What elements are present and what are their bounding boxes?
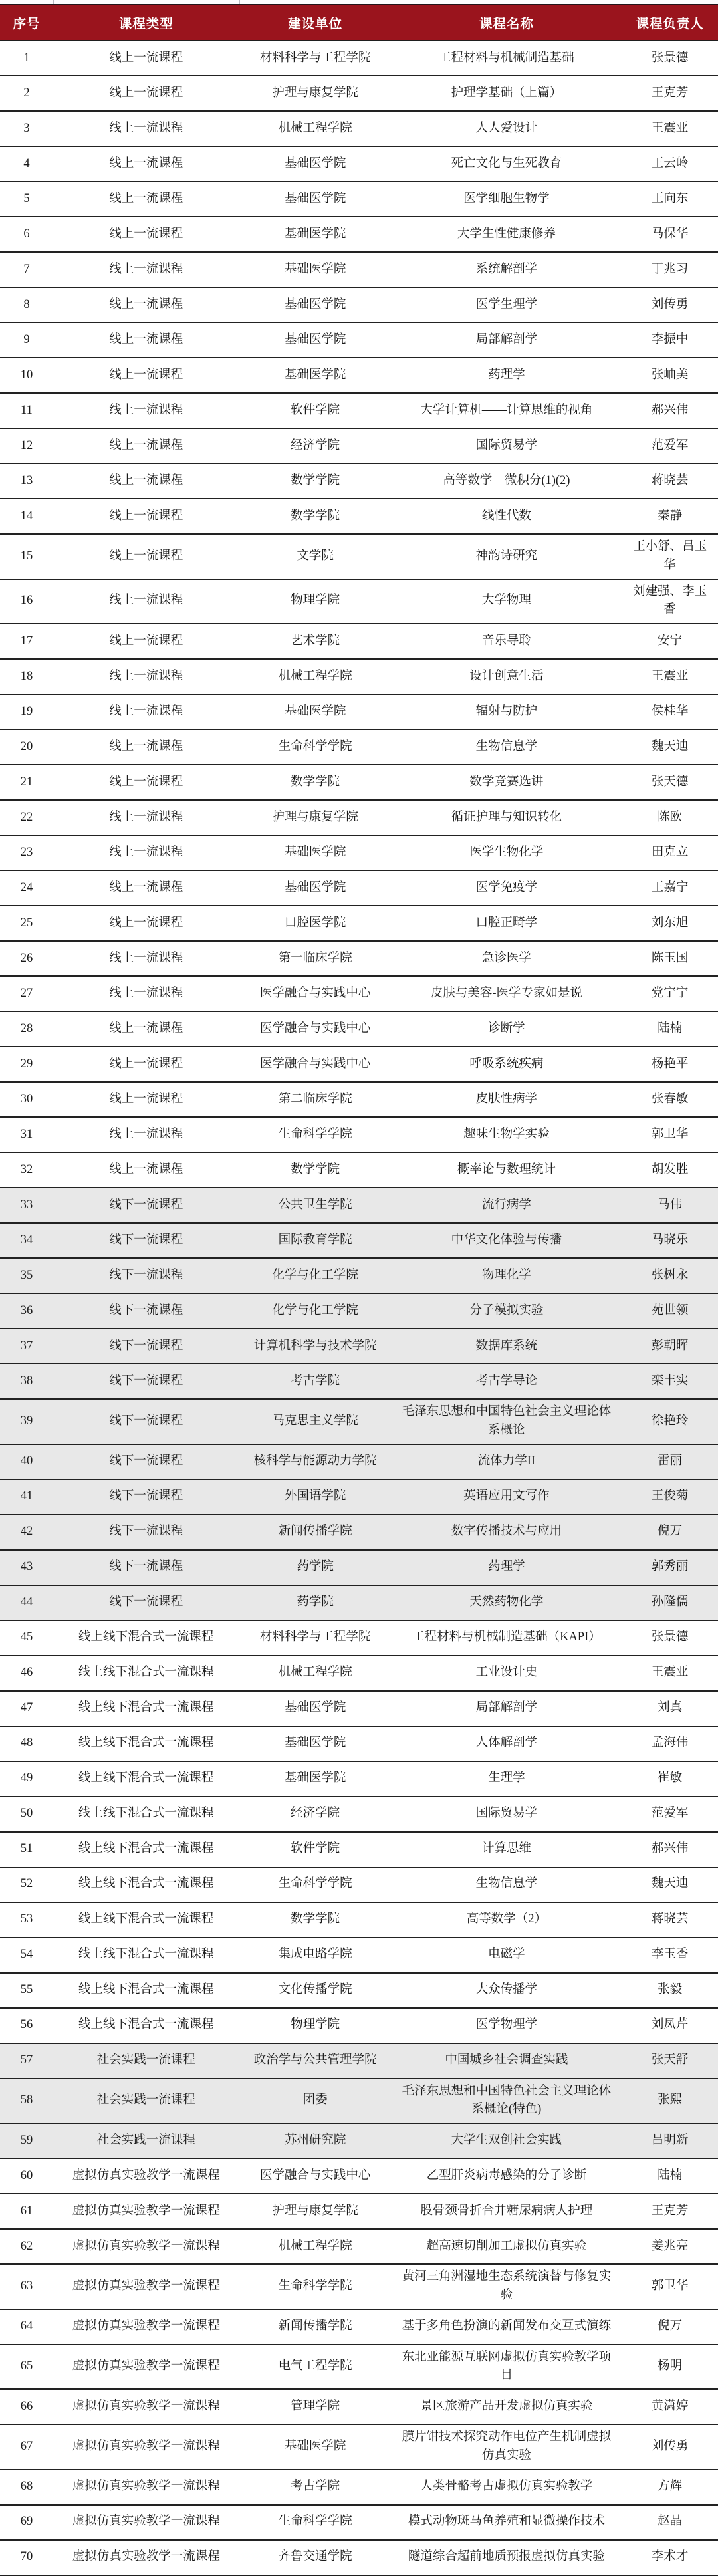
cell-course-name: 神韵诗研究	[392, 535, 622, 579]
cell-course-type: 线下一流课程	[53, 1515, 239, 1549]
cell-unit: 数学学院	[239, 499, 392, 533]
cell-leader: 刘东旭	[622, 906, 718, 940]
table-row: 63 虚拟仿真实验教学一流课程 生命科学学院 黄河三角洲湿地生态系统演替与修复实…	[0, 2263, 718, 2309]
cell-course-type: 线下一流课程	[53, 1551, 239, 1585]
cell-course-type: 线上线下混合式一流课程	[53, 1656, 239, 1690]
cell-course-name: 线性代数	[392, 499, 622, 533]
cell-index: 13	[0, 464, 53, 498]
cell-course-type: 线上一流课程	[53, 323, 239, 357]
cell-index: 61	[0, 2194, 53, 2228]
cell-course-name: 死亡文化与生死教育	[392, 147, 622, 181]
cell-course-name: 英语应用文写作	[392, 1480, 622, 1514]
cell-leader: 郭卫华	[622, 1118, 718, 1152]
cell-unit: 经济学院	[239, 1797, 392, 1831]
cell-leader: 马保华	[622, 217, 718, 251]
cell-course-type: 线上一流课程	[53, 76, 239, 110]
cell-course-type: 线下一流课程	[53, 1224, 239, 1257]
cell-index: 9	[0, 323, 53, 357]
table-row: 24 线上一流课程 基础医学院 医学免疫学 王嘉宁	[0, 870, 718, 905]
cell-unit: 基础医学院	[239, 2425, 392, 2469]
cell-course-name: 皮肤性病学	[392, 1083, 622, 1116]
cell-index: 3	[0, 112, 53, 146]
cell-index: 40	[0, 1445, 53, 1479]
cell-leader: 王小舒、吕玉华	[622, 535, 718, 579]
table-row: 64 虚拟仿真实验教学一流课程 新闻传播学院 基于多角色扮演的新闻发布交互式演练…	[0, 2309, 718, 2344]
table-row: 16 线上一流课程 物理学院 大学物理 刘建强、李玉香	[0, 579, 718, 624]
cell-course-type: 线上一流课程	[53, 394, 239, 428]
table-row: 22 线上一流课程 护理与康复学院 循证护理与知识转化 陈欧	[0, 799, 718, 835]
cell-leader: 王震亚	[622, 1656, 718, 1690]
cell-course-type: 线上一流课程	[53, 1118, 239, 1152]
table-row: 49 线上线下混合式一流课程 基础医学院 生理学 崔敏	[0, 1761, 718, 1796]
cell-leader: 郭卫华	[622, 2265, 718, 2309]
cell-unit: 基础医学院	[239, 182, 392, 216]
cell-course-name: 电磁学	[392, 1938, 622, 1972]
table-header-row: 序号 课程类型 建设单位 课程名称 课程负责人	[0, 4, 718, 41]
cell-index: 55	[0, 1974, 53, 2007]
cell-unit: 文化传播学院	[239, 1974, 392, 2007]
cell-index: 46	[0, 1656, 53, 1690]
header-cell-course-name: 课程名称	[392, 13, 622, 32]
cell-course-type: 线上一流课程	[53, 730, 239, 764]
cell-unit: 电气工程学院	[239, 2345, 392, 2389]
cell-course-name: 数字传播技术与应用	[392, 1515, 622, 1549]
cell-index: 2	[0, 76, 53, 110]
cell-index: 37	[0, 1329, 53, 1363]
table-row: 13 线上一流课程 数学学院 高等数学—微积分(1)(2) 蒋晓芸	[0, 463, 718, 498]
cell-index: 14	[0, 499, 53, 533]
cell-course-type: 社会实践一流课程	[53, 2124, 239, 2158]
table-row: 7 线上一流课程 基础医学院 系统解剖学 丁兆习	[0, 251, 718, 287]
cell-course-type: 线上一流课程	[53, 660, 239, 694]
column-divider	[392, 0, 392, 4]
cell-course-type: 虚拟仿真实验教学一流课程	[53, 2265, 239, 2309]
cell-course-type: 线上一流课程	[53, 801, 239, 835]
table-row: 20 线上一流课程 生命科学学院 生物信息学 魏天迪	[0, 729, 718, 764]
cell-course-name: 天然药物化学	[392, 1586, 622, 1620]
cell-course-type: 线上一流课程	[53, 288, 239, 322]
cell-course-type: 线上一流课程	[53, 217, 239, 251]
cell-unit: 医学融合与实践中心	[239, 2159, 392, 2193]
cell-course-type: 虚拟仿真实验教学一流课程	[53, 2506, 239, 2539]
cell-course-name: 隧道综合超前地质预报虚拟仿真实验	[392, 2541, 622, 2575]
header-cell-unit: 建设单位	[239, 13, 392, 32]
cell-leader: 崔敏	[622, 1762, 718, 1796]
table-row: 55 线上线下混合式一流课程 文化传播学院 大众传播学 张毅	[0, 1972, 718, 2007]
cell-course-type: 线下一流课程	[53, 1400, 239, 1444]
cell-course-name: 设计创意生活	[392, 660, 622, 694]
cell-course-type: 虚拟仿真实验教学一流课程	[53, 2425, 239, 2469]
cell-unit: 软件学院	[239, 1833, 392, 1867]
table-row: 33 线下一流课程 公共卫生学院 流行病学 马伟	[0, 1187, 718, 1222]
cell-index: 60	[0, 2159, 53, 2193]
cell-course-name: 流行病学	[392, 1188, 622, 1222]
cell-leader: 彭朝晖	[622, 1329, 718, 1363]
cell-unit: 生命科学学院	[239, 730, 392, 764]
cell-course-type: 线下一流课程	[53, 1364, 239, 1398]
cell-leader: 丁兆习	[622, 253, 718, 287]
cell-leader: 蒋晓芸	[622, 464, 718, 498]
table-row: 68 虚拟仿真实验教学一流课程 考古学院 人类骨骼考古虚拟仿真实验教学 方辉	[0, 2469, 718, 2504]
cell-course-name: 大学生双创社会实践	[392, 2124, 622, 2158]
cell-course-name: 景区旅游产品开发虚拟仿真实验	[392, 2390, 622, 2424]
cell-index: 1	[0, 41, 53, 75]
cell-unit: 医学融合与实践中心	[239, 977, 392, 1011]
cell-leader: 王向东	[622, 182, 718, 216]
cell-index: 54	[0, 1938, 53, 1972]
cell-course-name: 趣味生物学实验	[392, 1118, 622, 1152]
cell-unit: 机械工程学院	[239, 1656, 392, 1690]
cell-index: 59	[0, 2124, 53, 2158]
cell-course-name: 国际贸易学	[392, 429, 622, 463]
cell-leader: 郝兴伟	[622, 1833, 718, 1867]
table-row: 1 线上一流课程 材料科学与工程学院 工程材料与机械制造基础 张景德	[0, 41, 718, 75]
table-row: 40 线下一流课程 核科学与能源动力学院 流体力学II 雷丽	[0, 1444, 718, 1479]
cell-leader: 王俊菊	[622, 1480, 718, 1514]
table-row: 58 社会实践一流课程 团委 毛泽东思想和中国特色社会主义理论体系概论(特色) …	[0, 2078, 718, 2123]
cell-leader: 刘传勇	[622, 2425, 718, 2469]
cell-course-name: 人类骨骼考古虚拟仿真实验教学	[392, 2470, 622, 2504]
cell-index: 67	[0, 2425, 53, 2469]
cell-index: 36	[0, 1294, 53, 1328]
cell-unit: 护理与康复学院	[239, 2194, 392, 2228]
cell-unit: 齐鲁交通学院	[239, 2541, 392, 2575]
cell-unit: 数学学院	[239, 1153, 392, 1187]
cell-leader: 陆楠	[622, 2159, 718, 2193]
cell-course-name: 黄河三角洲湿地生态系统演替与修复实验	[392, 2265, 622, 2309]
cell-course-name: 毛泽东思想和中国特色社会主义理论体系概论	[392, 1400, 622, 1444]
cell-index: 19	[0, 695, 53, 729]
table-row: 21 线上一流课程 数学学院 数学竞赛选讲 张天德	[0, 764, 718, 799]
cell-unit: 管理学院	[239, 2390, 392, 2424]
cell-course-type: 线上一流课程	[53, 695, 239, 729]
cell-unit: 材料科学与工程学院	[239, 41, 392, 75]
cell-unit: 文学院	[239, 535, 392, 579]
cell-index: 41	[0, 1480, 53, 1514]
cell-leader: 倪万	[622, 2310, 718, 2344]
cell-index: 15	[0, 535, 53, 579]
cell-index: 22	[0, 801, 53, 835]
cell-leader: 张岫美	[622, 358, 718, 392]
cell-unit: 机械工程学院	[239, 2230, 392, 2263]
cell-leader: 王克芳	[622, 2194, 718, 2228]
cell-leader: 张天舒	[622, 2044, 718, 2078]
cell-unit: 基础医学院	[239, 217, 392, 251]
cell-course-name: 计算思维	[392, 1833, 622, 1867]
table-row: 53 线上线下混合式一流课程 数学学院 高等数学（2） 蒋晓芸	[0, 1902, 718, 1937]
cell-index: 34	[0, 1224, 53, 1257]
cell-unit: 团委	[239, 2079, 392, 2123]
table-row: 29 线上一流课程 医学融合与实践中心 呼吸系统疾病 杨艳平	[0, 1046, 718, 1081]
table-row: 37 线下一流课程 计算机科学与技术学院 数据库系统 彭朝晖	[0, 1328, 718, 1363]
table-row: 23 线上一流课程 基础医学院 医学生物化学 田克立	[0, 835, 718, 870]
table-row: 47 线上线下混合式一流课程 基础医学院 局部解剖学 刘真	[0, 1690, 718, 1726]
table-row: 26 线上一流课程 第一临床学院 急诊医学 陈玉国	[0, 940, 718, 975]
cell-leader: 孙隆儒	[622, 1586, 718, 1620]
cell-course-type: 线上一流课程	[53, 1047, 239, 1081]
cell-course-name: 皮肤与美容-医学专家如是说	[392, 977, 622, 1011]
table-row: 44 线下一流课程 药学院 天然药物化学 孙隆儒	[0, 1585, 718, 1620]
cell-leader: 刘传勇	[622, 288, 718, 322]
cell-index: 58	[0, 2079, 53, 2123]
table-row: 66 虚拟仿真实验教学一流课程 管理学院 景区旅游产品开发虚拟仿真实验 黄潇婷	[0, 2388, 718, 2424]
cell-unit: 艺术学院	[239, 624, 392, 658]
table-row: 43 线下一流课程 药学院 药理学 郭秀丽	[0, 1549, 718, 1585]
cell-course-type: 线下一流课程	[53, 1259, 239, 1293]
cell-course-type: 线上一流课程	[53, 871, 239, 905]
cell-unit: 公共卫生学院	[239, 1188, 392, 1222]
cell-course-name: 局部解剖学	[392, 323, 622, 357]
table-row: 31 线上一流课程 生命科学学院 趣味生物学实验 郭卫华	[0, 1116, 718, 1152]
table-row: 15 线上一流课程 文学院 神韵诗研究 王小舒、吕玉华	[0, 533, 718, 579]
table-row: 8 线上一流课程 基础医学院 医学生理学 刘传勇	[0, 287, 718, 322]
cell-course-name: 医学细胞生物学	[392, 182, 622, 216]
cell-leader: 张景德	[622, 41, 718, 75]
cell-course-name: 大学物理	[392, 580, 622, 624]
cell-unit: 材料科学与工程学院	[239, 1621, 392, 1655]
cell-index: 25	[0, 906, 53, 940]
table-row: 5 线上一流课程 基础医学院 医学细胞生物学 王向东	[0, 181, 718, 216]
table-row: 45 线上线下混合式一流课程 材料科学与工程学院 工程材料与机械制造基础（KAP…	[0, 1620, 718, 1655]
cell-course-name: 国际贸易学	[392, 1797, 622, 1831]
cell-leader: 王震亚	[622, 660, 718, 694]
cell-course-name: 诊断学	[392, 1012, 622, 1046]
cell-unit: 基础医学院	[239, 1692, 392, 1726]
cell-unit: 基础医学院	[239, 1762, 392, 1796]
cell-index: 48	[0, 1727, 53, 1761]
cell-unit: 考古学院	[239, 2470, 392, 2504]
cell-leader: 王嘉宁	[622, 871, 718, 905]
cell-index: 4	[0, 147, 53, 181]
cell-course-type: 线上一流课程	[53, 535, 239, 579]
cell-index: 68	[0, 2470, 53, 2504]
cell-unit: 数学学院	[239, 765, 392, 799]
table-row: 60 虚拟仿真实验教学一流课程 医学融合与实践中心 乙型肝炎病毒感染的分子诊断 …	[0, 2158, 718, 2193]
cell-unit: 外国语学院	[239, 1480, 392, 1514]
cell-course-type: 线上一流课程	[53, 41, 239, 75]
cell-leader: 张景德	[622, 1621, 718, 1655]
cell-unit: 护理与康复学院	[239, 76, 392, 110]
table-row: 2 线上一流课程 护理与康复学院 护理学基础（上篇） 王克芳	[0, 75, 718, 110]
cell-unit: 政治学与公共管理学院	[239, 2044, 392, 2078]
table-body: 1 线上一流课程 材料科学与工程学院 工程材料与机械制造基础 张景德 2 线上一…	[0, 41, 718, 2576]
cell-leader: 党宁宁	[622, 977, 718, 1011]
cell-leader: 杨明	[622, 2345, 718, 2389]
cell-unit: 基础医学院	[239, 323, 392, 357]
cell-course-type: 线上一流课程	[53, 1012, 239, 1046]
cell-leader: 李术才	[622, 2541, 718, 2575]
cell-course-type: 线上一流课程	[53, 942, 239, 975]
cell-unit: 物理学院	[239, 580, 392, 624]
cell-leader: 徐艳玲	[622, 1400, 718, 1444]
table-row: 9 线上一流课程 基础医学院 局部解剖学 李振中	[0, 322, 718, 357]
cell-leader: 张春敏	[622, 1083, 718, 1116]
cell-leader: 胡发胜	[622, 1153, 718, 1187]
cell-index: 69	[0, 2506, 53, 2539]
cell-course-type: 线上线下混合式一流课程	[53, 1868, 239, 1902]
cell-course-name: 流体力学II	[392, 1445, 622, 1479]
cell-index: 45	[0, 1621, 53, 1655]
cell-course-name: 高等数学（2）	[392, 1903, 622, 1937]
cell-course-type: 线上一流课程	[53, 253, 239, 287]
cell-index: 42	[0, 1515, 53, 1549]
cell-unit: 第一临床学院	[239, 942, 392, 975]
cell-leader: 杨艳平	[622, 1047, 718, 1081]
cell-leader: 安宁	[622, 624, 718, 658]
table-row: 25 线上一流课程 口腔医学院 口腔正畸学 刘东旭	[0, 905, 718, 940]
cell-course-name: 药理学	[392, 1551, 622, 1585]
cell-course-name: 医学免疫学	[392, 871, 622, 905]
cell-leader: 王震亚	[622, 112, 718, 146]
cell-index: 10	[0, 358, 53, 392]
cell-index: 20	[0, 730, 53, 764]
cell-course-name: 人人爱设计	[392, 112, 622, 146]
cell-course-name: 辐射与防护	[392, 695, 622, 729]
cell-course-name: 音乐导聆	[392, 624, 622, 658]
cell-unit: 护理与康复学院	[239, 801, 392, 835]
cell-index: 26	[0, 942, 53, 975]
table-row: 30 线上一流课程 第二临床学院 皮肤性病学 张春敏	[0, 1081, 718, 1116]
cell-leader: 刘真	[622, 1692, 718, 1726]
cell-course-type: 线上线下混合式一流课程	[53, 2009, 239, 2043]
cell-index: 27	[0, 977, 53, 1011]
table-row: 3 线上一流课程 机械工程学院 人人爱设计 王震亚	[0, 110, 718, 146]
cell-leader: 范爱军	[622, 1797, 718, 1831]
table-row: 70 虚拟仿真实验教学一流课程 齐鲁交通学院 隧道综合超前地质预报虚拟仿真实验 …	[0, 2539, 718, 2575]
table-row: 61 虚拟仿真实验教学一流课程 护理与康复学院 股骨颈骨折合并糖尿病病人护理 王…	[0, 2193, 718, 2228]
cell-index: 70	[0, 2541, 53, 2575]
table-row: 65 虚拟仿真实验教学一流课程 电气工程学院 东北亚能源互联网虚拟仿真实验教学项…	[0, 2344, 718, 2389]
cell-course-name: 护理学基础（上篇）	[392, 76, 622, 110]
cell-leader: 范爱军	[622, 429, 718, 463]
cell-unit: 软件学院	[239, 394, 392, 428]
cell-course-name: 工业设计史	[392, 1656, 622, 1690]
cell-index: 24	[0, 871, 53, 905]
header-cell-course-type: 课程类型	[53, 13, 239, 32]
cropped-row-remnant	[0, 0, 718, 4]
cell-unit: 数学学院	[239, 1903, 392, 1937]
cell-index: 18	[0, 660, 53, 694]
cell-index: 33	[0, 1188, 53, 1222]
cell-course-name: 药理学	[392, 358, 622, 392]
table-row: 35 线下一流课程 化学与化工学院 物理化学 张树永	[0, 1257, 718, 1293]
cell-index: 28	[0, 1012, 53, 1046]
cell-index: 23	[0, 836, 53, 870]
cell-leader: 蒋晓芸	[622, 1903, 718, 1937]
table-row: 38 线下一流课程 考古学院 考古学导论 栾丰实	[0, 1363, 718, 1398]
cell-index: 35	[0, 1259, 53, 1293]
cell-course-type: 虚拟仿真实验教学一流课程	[53, 2541, 239, 2575]
cell-course-name: 大众传播学	[392, 1974, 622, 2007]
cell-unit: 基础医学院	[239, 288, 392, 322]
cell-unit: 机械工程学院	[239, 112, 392, 146]
cell-index: 49	[0, 1762, 53, 1796]
cell-unit: 计算机科学与技术学院	[239, 1329, 392, 1363]
cell-unit: 核科学与能源动力学院	[239, 1445, 392, 1479]
cell-index: 53	[0, 1903, 53, 1937]
table-row: 17 线上一流课程 艺术学院 音乐导聆 安宁	[0, 623, 718, 658]
cell-course-name: 概率论与数理统计	[392, 1153, 622, 1187]
cell-course-name: 医学物理学	[392, 2009, 622, 2043]
cell-index: 12	[0, 429, 53, 463]
cell-leader: 王克芳	[622, 76, 718, 110]
cell-unit: 生命科学学院	[239, 2265, 392, 2309]
header-cell-leader: 课程负责人	[622, 13, 718, 32]
cell-leader: 郭秀丽	[622, 1551, 718, 1585]
table-row: 54 线上线下混合式一流课程 集成电路学院 电磁学 李玉香	[0, 1937, 718, 1972]
cell-course-type: 线下一流课程	[53, 1445, 239, 1479]
cell-course-type: 线上一流课程	[53, 112, 239, 146]
cell-index: 57	[0, 2044, 53, 2078]
cell-course-name: 医学生理学	[392, 288, 622, 322]
cell-course-name: 超高速切削加工虚拟仿真实验	[392, 2230, 622, 2263]
cell-course-type: 线上线下混合式一流课程	[53, 1974, 239, 2007]
cell-course-type: 线上一流课程	[53, 836, 239, 870]
cell-course-name: 膜片钳技术探究动作电位产生机制虚拟仿真实验	[392, 2425, 622, 2469]
cell-leader: 马晓乐	[622, 1224, 718, 1257]
cell-course-type: 线上一流课程	[53, 580, 239, 624]
cell-unit: 集成电路学院	[239, 1938, 392, 1972]
cell-index: 51	[0, 1833, 53, 1867]
cell-leader: 魏天迪	[622, 730, 718, 764]
cell-leader: 张树永	[622, 1259, 718, 1293]
cell-course-type: 线上线下混合式一流课程	[53, 1903, 239, 1937]
cell-course-type: 线上一流课程	[53, 464, 239, 498]
column-divider	[53, 0, 54, 4]
table-row: 32 线上一流课程 数学学院 概率论与数理统计 胡发胜	[0, 1152, 718, 1187]
cell-unit: 基础医学院	[239, 1727, 392, 1761]
cell-course-type: 虚拟仿真实验教学一流课程	[53, 2470, 239, 2504]
cell-unit: 药学院	[239, 1551, 392, 1585]
table-row: 12 线上一流课程 经济学院 国际贸易学 范爱军	[0, 428, 718, 463]
cell-course-name: 中华文化体验与传播	[392, 1224, 622, 1257]
cell-unit: 基础医学院	[239, 871, 392, 905]
table-row: 10 线上一流课程 基础医学院 药理学 张岫美	[0, 357, 718, 392]
table-row: 59 社会实践一流课程 苏州研究院 大学生双创社会实践 吕明新	[0, 2123, 718, 2158]
cell-unit: 基础医学院	[239, 147, 392, 181]
cell-unit: 口腔医学院	[239, 906, 392, 940]
cell-unit: 基础医学院	[239, 253, 392, 287]
cell-index: 11	[0, 394, 53, 428]
cell-unit: 考古学院	[239, 1364, 392, 1398]
cell-course-name: 基于多角色扮演的新闻发布交互式演练	[392, 2310, 622, 2344]
cell-course-name: 考古学导论	[392, 1364, 622, 1398]
cell-leader: 倪万	[622, 1515, 718, 1549]
cell-course-type: 线上一流课程	[53, 906, 239, 940]
cell-leader: 姜兆亮	[622, 2230, 718, 2263]
cell-course-type: 线下一流课程	[53, 1480, 239, 1514]
column-divider	[239, 0, 240, 4]
cell-leader: 吕明新	[622, 2124, 718, 2158]
table-row: 39 线下一流课程 马克思主义学院 毛泽东思想和中国特色社会主义理论体系概论 徐…	[0, 1398, 718, 1444]
cell-unit: 物理学院	[239, 2009, 392, 2043]
cell-leader: 张毅	[622, 1974, 718, 2007]
cell-index: 64	[0, 2310, 53, 2344]
cell-index: 44	[0, 1586, 53, 1620]
cell-index: 17	[0, 624, 53, 658]
table-row: 62 虚拟仿真实验教学一流课程 机械工程学院 超高速切削加工虚拟仿真实验 姜兆亮	[0, 2228, 718, 2263]
cell-course-name: 医学生物化学	[392, 836, 622, 870]
cell-course-type: 线上一流课程	[53, 182, 239, 216]
cell-unit: 医学融合与实践中心	[239, 1047, 392, 1081]
cell-leader: 李玉香	[622, 1938, 718, 1972]
cell-course-type: 线上线下混合式一流课程	[53, 1621, 239, 1655]
table-row: 18 线上一流课程 机械工程学院 设计创意生活 王震亚	[0, 658, 718, 694]
cell-course-type: 社会实践一流课程	[53, 2079, 239, 2123]
cell-course-type: 线上线下混合式一流课程	[53, 1938, 239, 1972]
cell-course-type: 线上一流课程	[53, 1153, 239, 1187]
cell-course-type: 线上线下混合式一流课程	[53, 1762, 239, 1796]
